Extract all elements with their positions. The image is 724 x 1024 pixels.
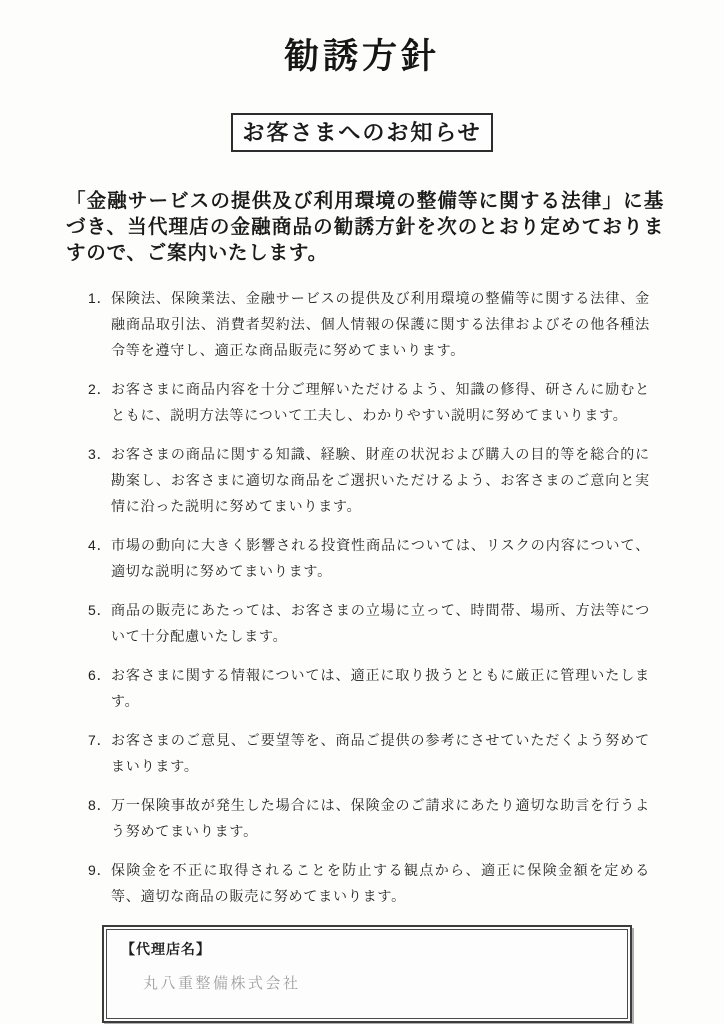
document-page: 勧誘方針 お客さまへのお知らせ 「金融サービスの提供及び利用環境の整備等に関する… — [0, 0, 724, 1024]
policy-item-5: 5． 商品の販売にあたっては、お客さまの立場に立って、時間帯、場所、方法等につい… — [88, 597, 650, 649]
agency-label: 【代理店名】 — [121, 939, 613, 959]
notice-banner: お客さまへのお知らせ — [231, 113, 492, 152]
item-number: 2． — [88, 376, 111, 428]
policy-item-1: 1． 保険法、保険業法、金融サービスの提供及び利用環境の整備等に関する法律、金融… — [88, 285, 650, 363]
policy-item-7: 7． お客さまのご意見、ご要望等を、商品ご提供の参考にさせていただくよう努めてま… — [88, 727, 650, 779]
notice-banner-row: お客さまへのお知らせ — [0, 113, 724, 152]
item-number: 9． — [88, 857, 111, 909]
policy-item-2: 2． お客さまに商品内容を十分ご理解いただけるよう、知識の修得、研さんに励むとと… — [88, 376, 650, 428]
agency-box-inner: 【代理店名】 丸八重整備株式会社 — [106, 929, 628, 1019]
item-number: 8． — [88, 792, 111, 844]
item-number: 6． — [88, 662, 111, 714]
item-text: 保険法、保険業法、金融サービスの提供及び利用環境の整備等に関する法律、金融商品取… — [111, 285, 650, 363]
item-number: 5． — [88, 597, 111, 649]
intro-paragraph: 「金融サービスの提供及び利用環境の整備等に関する法律」に基づき、当代理店の金融商… — [66, 188, 664, 266]
policy-item-8: 8． 万一保険事故が発生した場合には、保険金のご請求にあたり適切な助言を行うよう… — [88, 792, 650, 844]
item-text: お客さまに商品内容を十分ご理解いただけるよう、知識の修得、研さんに励むとともに、… — [111, 376, 650, 428]
item-number: 7． — [88, 727, 111, 779]
policy-item-list: 1． 保険法、保険業法、金融サービスの提供及び利用環境の整備等に関する法律、金融… — [0, 285, 724, 909]
policy-item-3: 3． お客さまの商品に関する知識、経験、財産の状況および購入の目的等を総合的に勘… — [88, 441, 650, 519]
item-text: お客さまに関する情報については、適正に取り扱うとともに厳正に管理いたします。 — [111, 662, 650, 714]
page-title: 勧誘方針 — [0, 0, 724, 79]
agency-box: 【代理店名】 丸八重整備株式会社 — [102, 925, 632, 1023]
item-text: 保険金を不正に取得されることを防止する観点から、適正に保険金額を定める等、適切な… — [111, 857, 650, 909]
policy-item-4: 4． 市場の動向に大きく影響される投資性商品については、リスクの内容について、適… — [88, 532, 650, 584]
policy-item-6: 6． お客さまに関する情報については、適正に取り扱うとともに厳正に管理いたします… — [88, 662, 650, 714]
item-text: お客さまのご意見、ご要望等を、商品ご提供の参考にさせていただくよう努めてまいりま… — [111, 727, 650, 779]
item-number: 4． — [88, 532, 111, 584]
item-text: 市場の動向に大きく影響される投資性商品については、リスクの内容について、適切な説… — [111, 532, 650, 584]
policy-item-9: 9． 保険金を不正に取得されることを防止する観点から、適正に保険金額を定める等、… — [88, 857, 650, 909]
item-text: 万一保険事故が発生した場合には、保険金のご請求にあたり適切な助言を行うよう努めて… — [111, 792, 650, 844]
agency-name: 丸八重整備株式会社 — [143, 972, 613, 993]
item-text: お客さまの商品に関する知識、経験、財産の状況および購入の目的等を総合的に勘案し、… — [111, 441, 650, 519]
item-text: 商品の販売にあたっては、お客さまの立場に立って、時間帯、場所、方法等について十分… — [111, 597, 650, 649]
item-number: 1． — [88, 285, 111, 363]
item-number: 3． — [88, 441, 111, 519]
